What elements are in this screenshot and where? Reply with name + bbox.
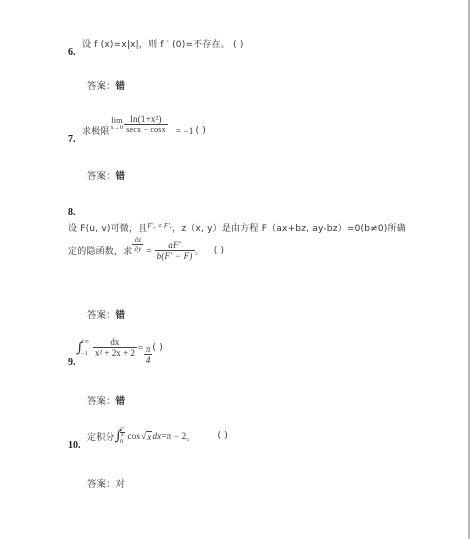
question-8-condition: F′ᵤ ≠ F′ᵥ [147, 222, 172, 230]
question-8-blank: ( ) [214, 246, 224, 256]
integral-upper-limit: π² 4 [120, 427, 124, 438]
answer-label: 答案： [87, 310, 116, 321]
answer-label: 答案： [87, 81, 116, 92]
question-7-blank: ( ) [196, 126, 206, 136]
question-8-answer: 答案：错 [87, 307, 125, 321]
question-6-number: 6. [68, 47, 76, 58]
question-10-blank: ( ) [217, 431, 227, 441]
answer-value: 对 [116, 479, 126, 490]
question-8-line-1: 设 F(u, v)可微，且F′ᵤ ≠ F′ᵥ，z（x, y）是由方程 F（ax+… [68, 221, 406, 234]
question-6-text: 设 f (x)=x|x|，则 f ′ (0)=不存在。 ( ) [82, 37, 244, 50]
question-7-prefix: 求极限 [82, 124, 110, 137]
question-8-number: 8. [68, 207, 76, 218]
answer-value: 错 [116, 310, 126, 321]
fraction-denominator: secx − cosx [124, 125, 168, 135]
question-9-blank: ( ) [152, 343, 162, 353]
question-10-expression: 定积分 ∫ π² 4 0 cos √x dx =π − 2 。 ( ) [87, 427, 228, 445]
limit-operator: lim x→0 [111, 117, 124, 132]
question-8-line-2: 定的隐函数，求 ∂z ∂y = aF′ b(F′ − F) 。 ( ) [68, 240, 224, 261]
question-6-answer: 答案：错 [87, 78, 125, 92]
question-8-text-a: 设 F(u, v)可微，且 [68, 224, 147, 234]
answer-label: 答案： [87, 479, 116, 490]
upper-limit-den: 4 [121, 433, 124, 438]
partial-derivative: ∂z ∂y [132, 236, 143, 253]
integrand-cos: cos [128, 431, 141, 441]
question-8-text-b: ，z（x, y）是由方程 F（ax+bz, ay-bz）=0(b≠0)所确 [172, 224, 406, 234]
integral-dx: dx [152, 431, 161, 441]
question-7-text: 求极限 lim x→0 ln(1+x²) secx − cosx = −1 ( … [82, 112, 206, 137]
question-10-rhs: =π − 2 [161, 431, 186, 441]
question-7-number: 7. [68, 134, 76, 145]
answer-label: 答案： [87, 396, 116, 407]
integral: ∫ π² 4 0 [115, 427, 125, 445]
fraction-numerator: π [144, 344, 153, 354]
integral-upper-limit: +∞ [81, 339, 89, 345]
question-8-period: 。 [195, 244, 204, 257]
equals-sign: = [138, 343, 143, 353]
fraction-numerator: aF′ [166, 240, 183, 250]
question-9-number: 9. [68, 357, 76, 368]
fraction-denominator: b(F′ − F) [155, 251, 195, 261]
question-6-statement: 设 f (x)=x|x|，则 f ′ (0)=不存在。 [82, 40, 230, 50]
lim-subscript: x→0 [111, 125, 124, 132]
limit-fraction: ln(1+x²) secx − cosx [124, 114, 168, 135]
fraction-numerator: dx [108, 337, 121, 347]
integrand-fraction: dx x² + 2x + 2 [93, 337, 137, 358]
answer-value: 错 [116, 171, 126, 182]
integral-lower-limit: 0 [120, 439, 124, 445]
integral-lower-limit: −1 [81, 351, 89, 357]
question-10-period: 。 [186, 430, 195, 443]
answer-label: 答案： [87, 171, 116, 182]
question-9-answer: 答案：错 [87, 393, 125, 407]
question-7-rhs: = −1 [176, 126, 194, 136]
answer-value: 错 [116, 81, 126, 92]
fraction-denominator: 4 [144, 355, 153, 365]
question-10-number: 10. [68, 440, 81, 451]
question-8-text-c: 定的隐函数，求 [68, 244, 132, 257]
integral: ∫ +∞ −1 [76, 339, 89, 357]
fraction-numerator: ln(1+x²) [128, 114, 163, 124]
equals-sign: = [146, 246, 151, 256]
answer-value: 错 [116, 396, 126, 407]
fraction-denominator: x² + 2x + 2 [93, 348, 137, 358]
deriv-numerator: ∂z [133, 236, 144, 244]
rhs-fraction: π 4 [144, 344, 153, 365]
deriv-denominator: ∂y [132, 245, 143, 253]
question-10-prefix: 定积分 [87, 430, 115, 443]
question-7-answer: 答案：错 [87, 168, 125, 182]
answer-fraction: aF′ b(F′ − F) [155, 240, 195, 261]
document-page: 6. 设 f (x)=x|x|，则 f ′ (0)=不存在。 ( ) 答案：错 … [0, 0, 468, 539]
lim-text: lim [111, 117, 122, 125]
page-edge-border [468, 0, 470, 539]
question-10-answer: 答案：对 [87, 476, 125, 490]
question-6-blank: ( ) [233, 40, 243, 50]
question-9-expression: ∫ +∞ −1 dx x² + 2x + 2 = π 4 ( ) [76, 330, 163, 365]
